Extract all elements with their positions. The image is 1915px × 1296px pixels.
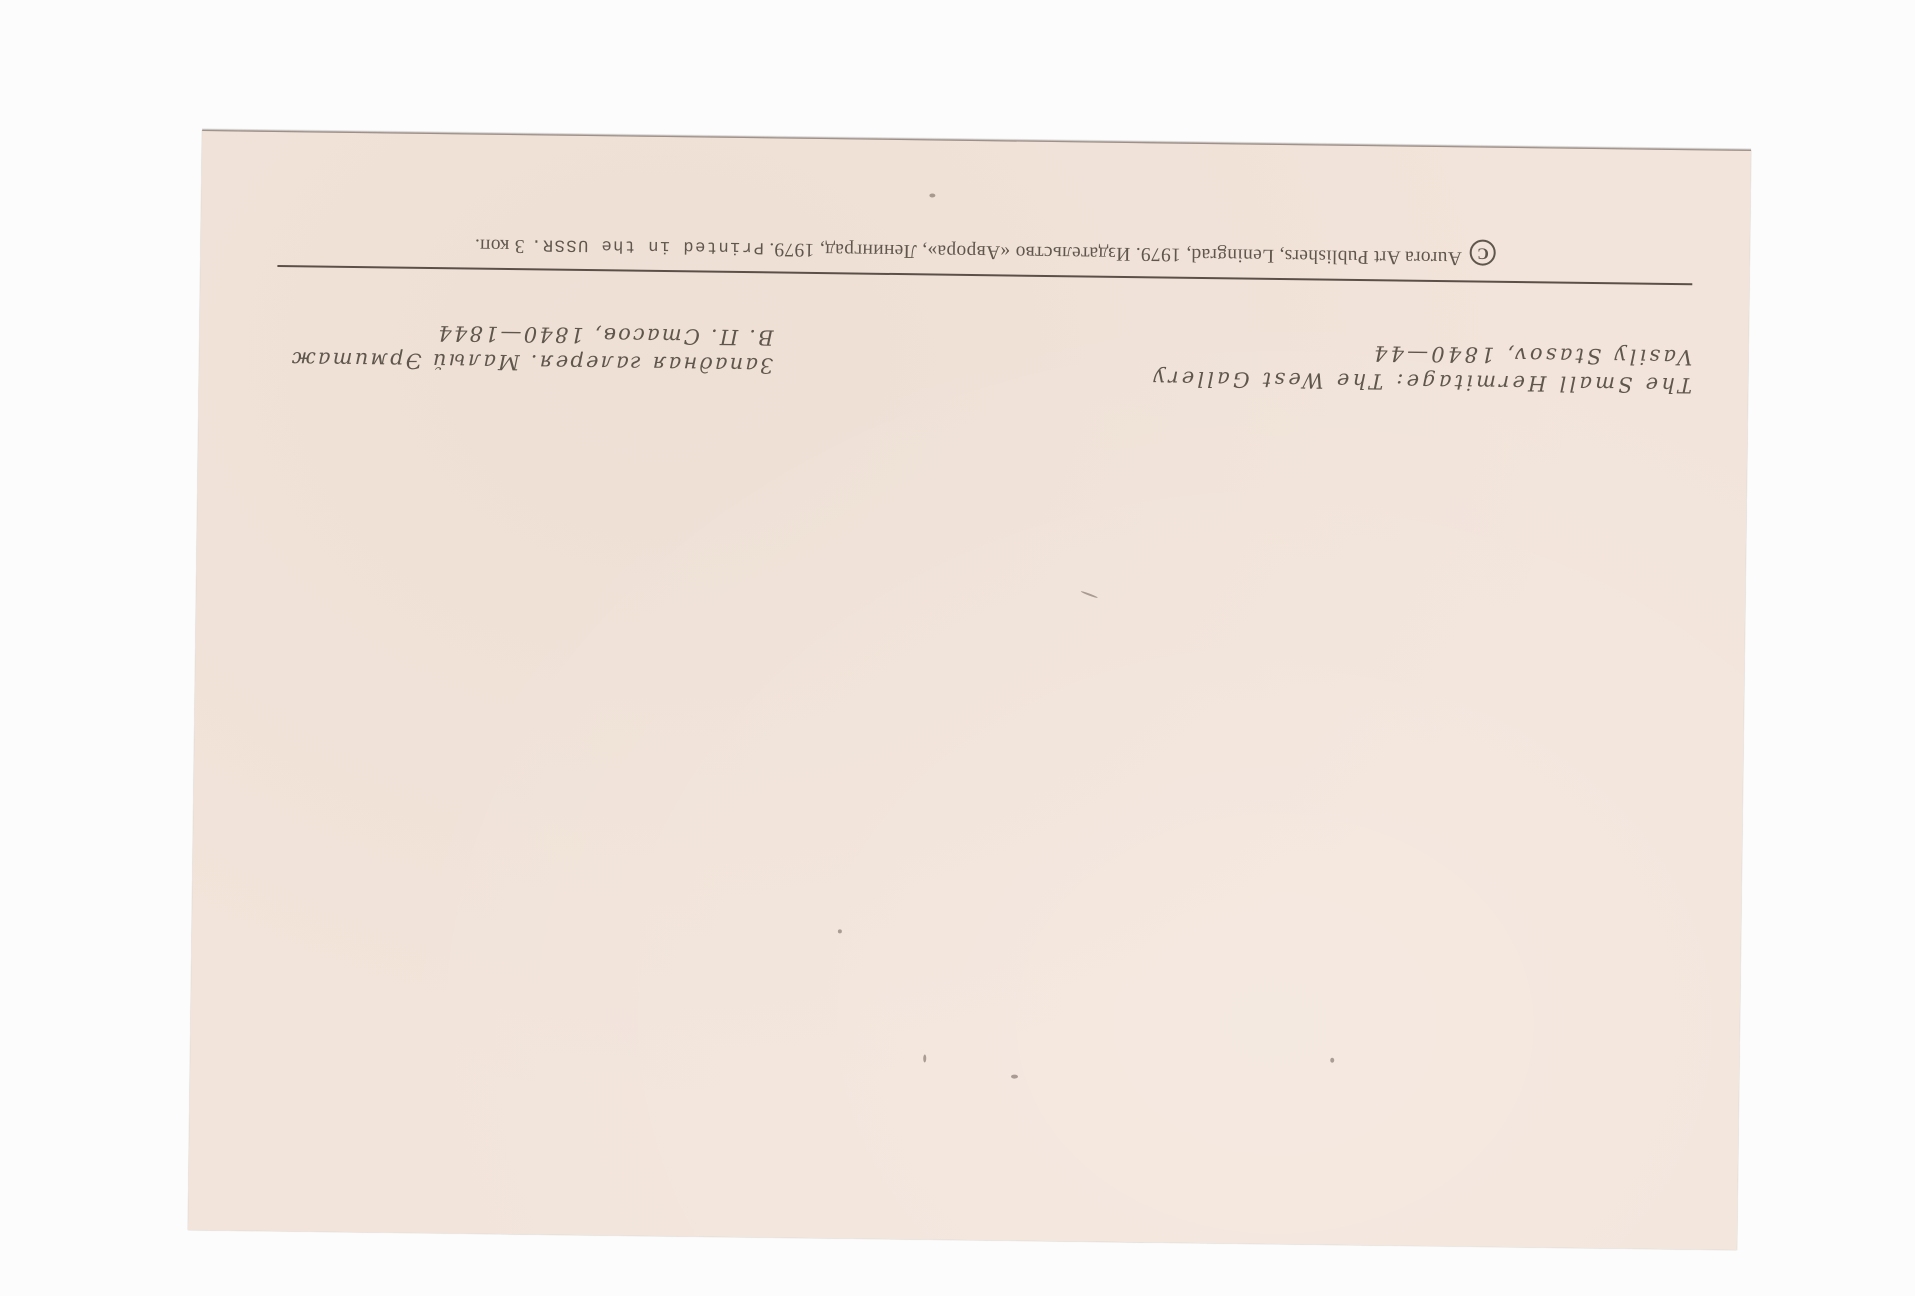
speck-mark (1011, 1075, 1018, 1079)
caption-english: The Small Hermitage: The West Gallery Va… (1150, 336, 1693, 399)
scan-background: CAurora Art Publishers, Leningrad, 1979.… (0, 0, 1915, 1296)
publisher-text-ru: Издательство «Аврора», Ленинград, 1979. (769, 238, 1131, 264)
caption-russian: Западная галерея. Малый Эрмитаж В. П. Ст… (289, 317, 773, 379)
copyright-icon: C (1470, 239, 1496, 265)
speck-mark (838, 929, 842, 933)
speck-mark (929, 193, 935, 197)
printed-in-text: Printed in the USSR. (530, 234, 764, 256)
speck-mark (923, 1054, 926, 1062)
postcard-back: CAurora Art Publishers, Leningrad, 1979.… (188, 130, 1751, 1250)
speck-mark (1330, 1058, 1334, 1063)
publisher-line: CAurora Art Publishers, Leningrad, 1979.… (278, 224, 1693, 271)
price-text: 3 коп. (474, 235, 524, 257)
speck-mark (1080, 590, 1098, 598)
publisher-text-en: Aurora Art Publishers, Leningrad, 1979. (1135, 243, 1462, 268)
